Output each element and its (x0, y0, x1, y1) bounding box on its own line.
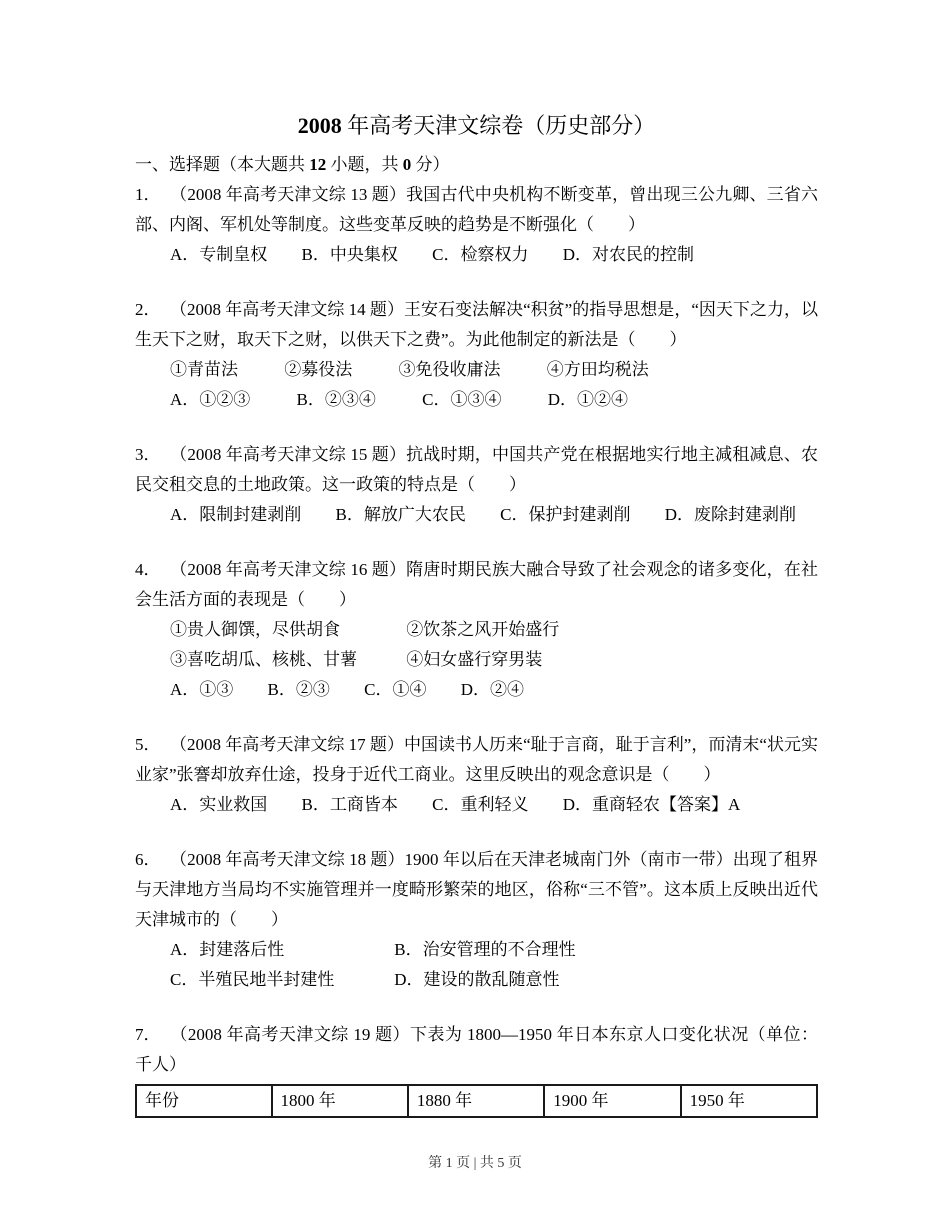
title-year: 2008 (298, 113, 342, 138)
option-d: D．建设的散乱随意性 (394, 965, 559, 995)
question-6-options-row-1: A．封建落后性 B．治安管理的不合理性 (135, 935, 818, 965)
section-heading: 一、选择题（本大题共 12 小题，共 0 分） (135, 150, 818, 180)
question-7: 7．（2008 年高考天津文综 19 题）下表为 1800—1950 年日本东京… (135, 1020, 818, 1118)
section-text: 分） (411, 155, 449, 174)
question-6-text: （2008 年高考天津文综 18 题）1900 年以后在天津老城南门外（南市一带… (135, 850, 818, 929)
option-d-with-answer: D．重商轻农【答案】A (563, 790, 741, 820)
page-title: 2008 年高考天津文综卷（历史部分） (135, 112, 818, 140)
title-text: 年高考天津文综卷（历史部分） (342, 113, 656, 138)
subitem-1: ①青苗法 (170, 355, 238, 385)
question-6: 6．（2008 年高考天津文综 18 题）1900 年以后在天津老城南门外（南市… (135, 845, 818, 995)
option-b: B．治安管理的不合理性 (394, 935, 575, 965)
question-3-options: A．限制封建剥削 B．解放广大农民 C．保护封建剥削 D．废除封建剥削 (135, 500, 818, 530)
option-c: C．重利轻义 (432, 790, 528, 820)
option-a: A．封建落后性 (170, 935, 390, 965)
option-c: C．检察权力 (432, 240, 528, 270)
subitem-4: ④方田均税法 (547, 355, 649, 385)
table-cell-1800: 1800 年 (272, 1085, 408, 1117)
option-a: A．①③ (170, 675, 233, 705)
question-3: 3．（2008 年高考天津文综 15 题）抗战时期，中国共产党在根据地实行地主减… (135, 440, 818, 530)
question-4-number: 4． (135, 555, 170, 585)
subitem-3: ③喜吃胡瓜、核桃、甘薯 (170, 645, 402, 675)
section-score: 0 (403, 155, 412, 174)
question-1-number: 1． (135, 180, 170, 210)
subitem-3: ③免役收庸法 (399, 355, 501, 385)
question-7-number: 7． (135, 1020, 170, 1050)
question-1-stem: 1．（2008 年高考天津文综 13 题）我国古代中央机构不断变革，曾出现三公九… (135, 180, 818, 240)
question-2-options: A．①②③ B．②③④ C．①③④ D．①②④ (135, 385, 818, 415)
question-5-options: A．实业救国 B．工商皆本 C．重利轻义 D．重商轻农【答案】A (135, 790, 818, 820)
option-a: A．①②③ (170, 385, 250, 415)
question-5: 5．（2008 年高考天津文综 17 题）中国读书人历来“耻于言商，耻于言利”，… (135, 730, 818, 820)
section-text: 小题，共 (326, 155, 403, 174)
section-question-count: 12 (309, 155, 326, 174)
option-b: B．②③④ (297, 385, 376, 415)
option-c: C．保护封建剥削 (500, 500, 630, 530)
question-3-stem: 3．（2008 年高考天津文综 15 题）抗战时期，中国共产党在根据地实行地主减… (135, 440, 818, 500)
question-7-text: （2008 年高考天津文综 19 题）下表为 1800—1950 年日本东京人口… (135, 1025, 818, 1074)
question-2: 2．（2008 年高考天津文综 14 题）王安石变法解决“积贫”的指导思想是，“… (135, 295, 818, 415)
section-text: 一、选择题（本大题共 (135, 155, 309, 174)
question-5-number: 5． (135, 730, 170, 760)
question-3-number: 3． (135, 440, 170, 470)
question-3-text: （2008 年高考天津文综 15 题）抗战时期，中国共产党在根据地实行地主减租减… (135, 445, 818, 494)
option-b: B．工商皆本 (302, 790, 398, 820)
option-d: D．废除封建剥削 (665, 500, 796, 530)
subitem-4: ④妇女盛行穿男装 (406, 645, 542, 675)
question-6-stem: 6．（2008 年高考天津文综 18 题）1900 年以后在天津老城南门外（南市… (135, 845, 818, 935)
tokyo-population-table: 年份 1800 年 1880 年 1900 年 1950 年 (135, 1084, 818, 1118)
option-c: C．①④ (364, 675, 426, 705)
question-2-subitems: ①青苗法 ②募役法 ③免役收庸法 ④方田均税法 (135, 355, 818, 385)
page-number-indicator: 第 1 页 | 共 5 页 (428, 1156, 522, 1171)
question-2-stem: 2．（2008 年高考天津文综 14 题）王安石变法解决“积贫”的指导思想是，“… (135, 295, 818, 355)
option-b: B．中央集权 (302, 240, 398, 270)
question-4-options: A．①③ B．②③ C．①④ D．②④ (135, 675, 818, 705)
question-6-number: 6． (135, 845, 170, 875)
subitem-2: ②募役法 (284, 355, 352, 385)
question-1: 1．（2008 年高考天津文综 13 题）我国古代中央机构不断变革，曾出现三公九… (135, 180, 818, 270)
option-b: B．②③ (268, 675, 330, 705)
question-5-stem: 5．（2008 年高考天津文综 17 题）中国读书人历来“耻于言商，耻于言利”，… (135, 730, 818, 790)
option-a: A．专制皇权 (170, 240, 267, 270)
exam-page: 2008 年高考天津文综卷（历史部分） 一、选择题（本大题共 12 小题，共 0… (0, 0, 950, 1230)
question-4-subrow-1: ①贵人御馔，尽供胡食 ②饮茶之风开始盛行 (135, 615, 818, 645)
question-7-stem: 7．（2008 年高考天津文综 19 题）下表为 1800—1950 年日本东京… (135, 1020, 818, 1080)
question-4-text: （2008 年高考天津文综 16 题）隋唐时期民族大融合导致了社会观念的诸多变化… (135, 560, 818, 609)
option-c: C．半殖民地半封建性 (170, 965, 390, 995)
option-d: D．②④ (461, 675, 524, 705)
table-header-row: 年份 1800 年 1880 年 1900 年 1950 年 (136, 1085, 817, 1117)
table-cell-1880: 1880 年 (408, 1085, 544, 1117)
page-footer: 第 1 页 | 共 5 页 (0, 1154, 950, 1174)
option-a: A．实业救国 (170, 790, 267, 820)
question-1-options: A．专制皇权 B．中央集权 C．检察权力 D．对农民的控制 (135, 240, 818, 270)
table-cell-year-label: 年份 (136, 1085, 272, 1117)
option-b: B．解放广大农民 (336, 500, 466, 530)
question-4: 4．（2008 年高考天津文综 16 题）隋唐时期民族大融合导致了社会观念的诸多… (135, 555, 818, 705)
question-4-subrow-2: ③喜吃胡瓜、核桃、甘薯 ④妇女盛行穿男装 (135, 645, 818, 675)
option-c: C．①③④ (422, 385, 501, 415)
subitem-1: ①贵人御馔，尽供胡食 (170, 615, 402, 645)
question-5-text: （2008 年高考天津文综 17 题）中国读书人历来“耻于言商，耻于言利”，而清… (135, 735, 818, 784)
question-4-stem: 4．（2008 年高考天津文综 16 题）隋唐时期民族大融合导致了社会观念的诸多… (135, 555, 818, 615)
option-d: D．①②④ (548, 385, 628, 415)
question-1-text: （2008 年高考天津文综 13 题）我国古代中央机构不断变革，曾出现三公九卿、… (135, 185, 818, 234)
question-2-number: 2． (135, 295, 170, 325)
table-cell-1900: 1900 年 (544, 1085, 680, 1117)
question-2-text: （2008 年高考天津文综 14 题）王安石变法解决“积贫”的指导思想是，“因天… (135, 300, 818, 349)
option-d: D．对农民的控制 (563, 240, 694, 270)
subitem-2: ②饮茶之风开始盛行 (406, 615, 559, 645)
question-6-options-row-2: C．半殖民地半封建性 D．建设的散乱随意性 (135, 965, 818, 995)
table-cell-1950: 1950 年 (681, 1085, 817, 1117)
option-a: A．限制封建剥削 (170, 500, 301, 530)
